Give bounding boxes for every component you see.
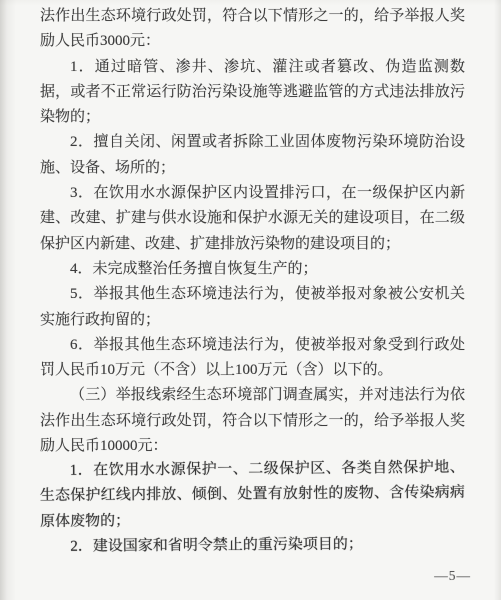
clause-item-4-resume-production: 4．未完成整治任务擅自恢复生产的； <box>40 257 465 282</box>
tilted-scan-region: 1．在饮用水水源保护一、二级保护区、各类自然保护地、生态保护红线内排放、倾倒、处… <box>40 456 466 561</box>
clause-item-2-dismantle-facilities: 2．擅自关闭、闲置或者拆除工业固体废物污染环境防治设施、设备、场所的； <box>40 130 465 181</box>
clause-item-6-fine-range: 6．举报其他生态环境违法行为，使被举报对象受到行政处罚人民币10万元（不含）以上… <box>40 333 465 384</box>
clause-item-3-water-source-protection: 3．在饮用水水源保护区内设置排污口，在一级保护区内新建、改建、扩建与供水设施和保… <box>40 181 465 257</box>
clause-item-5-administrative-detention: 5．举报其他生态环境违法行为，使被举报对象被公安机关实施行政拘留的； <box>40 282 465 333</box>
clause-item-2-banned-projects: 2．建设国家和省明令禁止的重污染项目的； <box>40 532 465 561</box>
scanned-document-page: 法作出生态环境行政处罚，符合以下情形之一的，给予举报人奖励人民币3000元： 1… <box>0 0 501 600</box>
paragraph-reward-3000-intro-continuation: 法作出生态环境行政处罚，符合以下情形之一的，给予举报人奖励人民币3000元： <box>40 4 465 55</box>
clause-item-1-illegal-discharge: 1．通过暗管、渗井、渗坑、灌注或者篡改、伪造监测数据，或者不正常运行防治污染设施… <box>40 55 465 131</box>
clause-item-1-radioactive-waste: 1．在饮用水水源保护一、二级保护区、各类自然保护地、生态保护红线内排放、倾倒、处… <box>40 456 466 535</box>
paragraph-section-3-reward-10000-intro: （三）举报线索经生态环境部门调查属实，并对违法行为依法作出生态环境行政处罚，符合… <box>40 383 465 459</box>
document-body: 法作出生态环境行政处罚，符合以下情形之一的，给予举报人奖励人民币3000元： 1… <box>40 4 465 561</box>
page-number: —5— <box>434 568 471 584</box>
